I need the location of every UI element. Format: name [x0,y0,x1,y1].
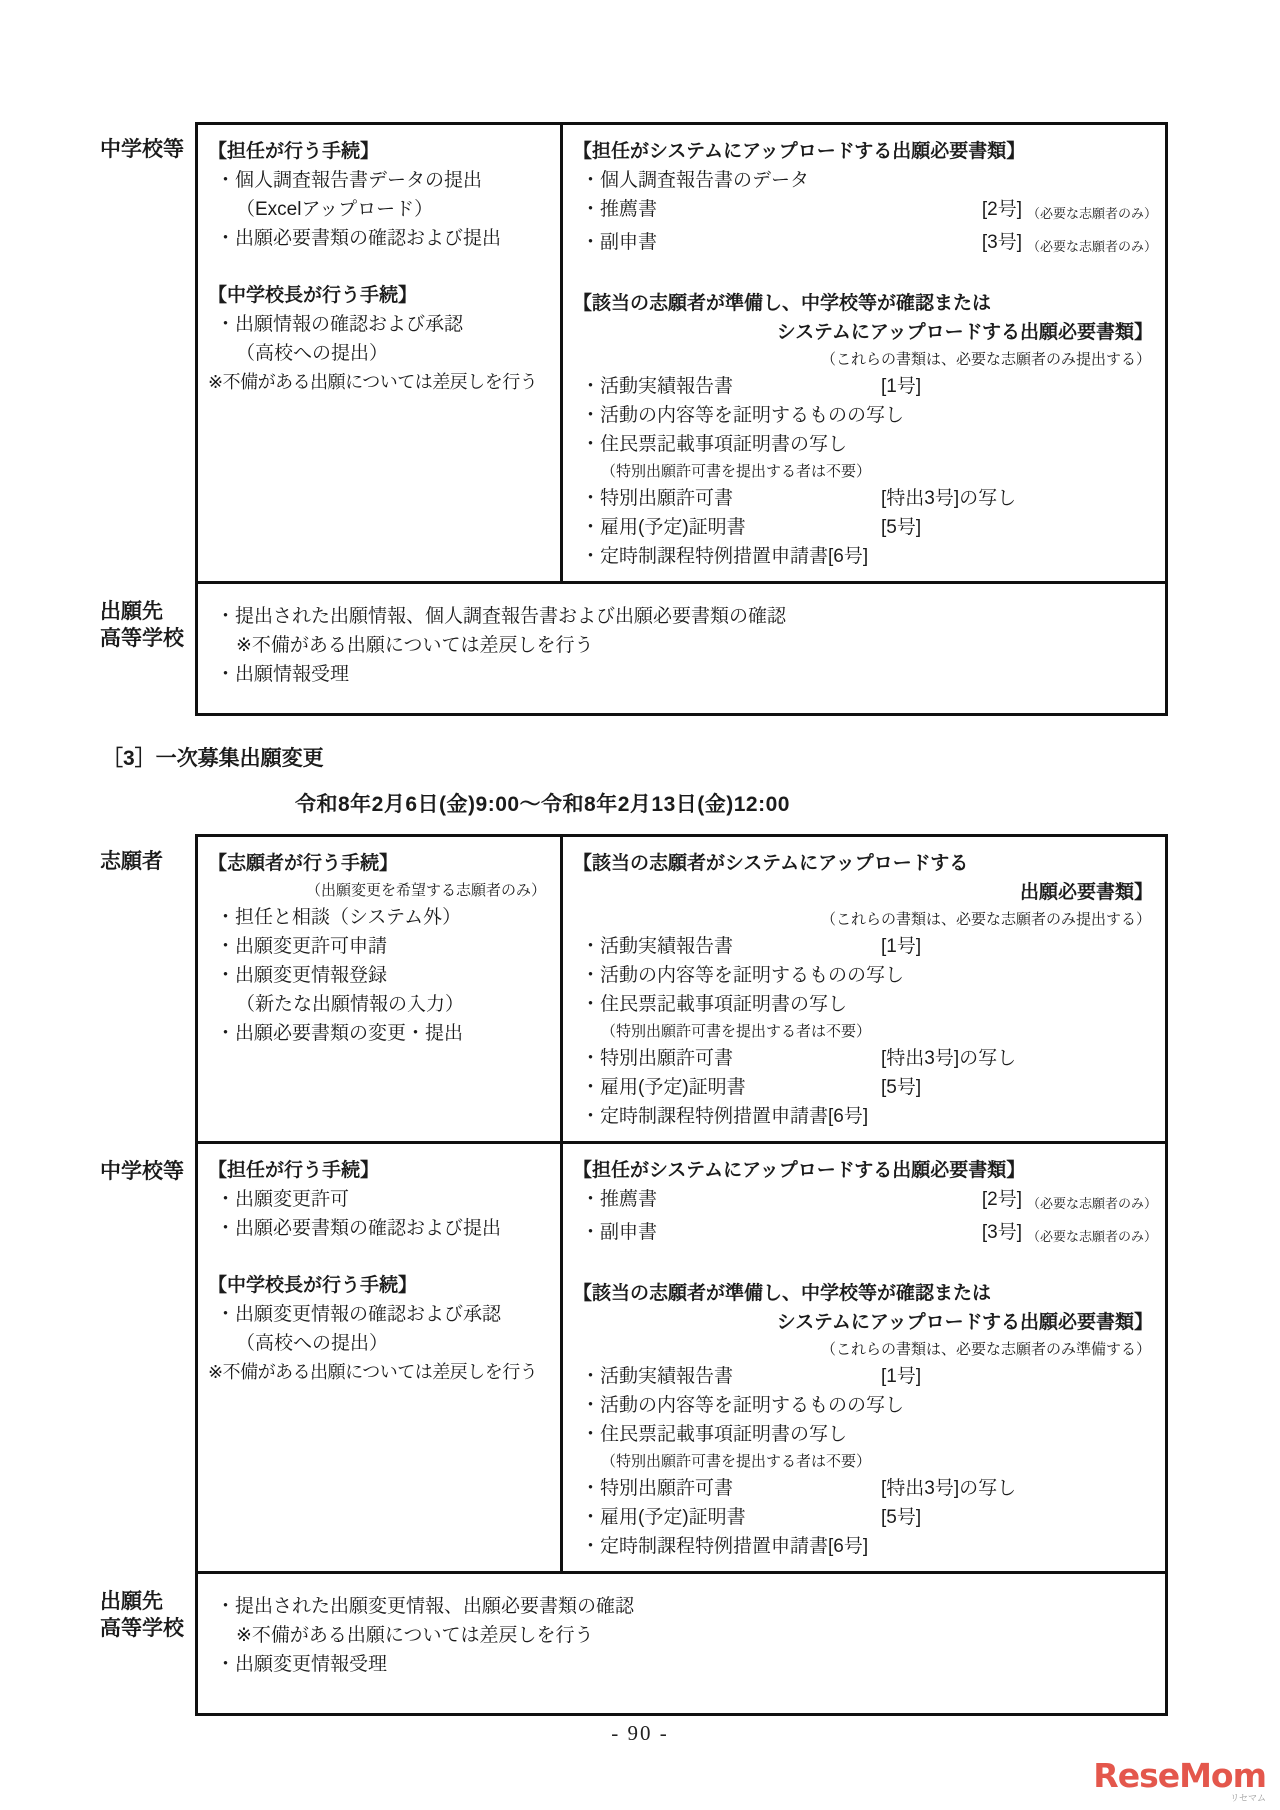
list-item-cont: ※不備がある出願については差戻しを行う [208,1621,1157,1650]
document-name: ・活動実績報告書 [581,372,881,401]
section-heading: ［3］一次募集出願変更 [102,742,1168,772]
spacer [573,261,1157,289]
row-label-line: 高等学校 [100,1615,195,1642]
cell-procedures: 【担任が行う手続】・出願変更許可・出願必要書類の確認および提出【中学校長が行う手… [198,1144,563,1571]
remark-line: ※不備がある出願については差戻しを行う [208,368,552,397]
cell-documents: 【担任がシステムにアップロードする出願必要書類】・個人調査報告書のデータ・推薦書… [563,125,1165,581]
document-name: ・雇用(予定)証明書 [581,1503,881,1532]
document-note: （必要な志願者のみ） [1027,1185,1157,1218]
cell-documents: 【担任がシステムにアップロードする出願必要書類】・推薦書[2号]（必要な志願者の… [563,1144,1165,1571]
procedure-heading-cont: 出願必要書類】 [573,878,1157,907]
form-code: [特出3号]の写し [881,1044,1016,1073]
row-label: 志願者 [100,834,195,1144]
list-item: ・出願変更情報登録 [208,961,552,990]
list-item: ・個人調査報告書データの提出 [208,166,552,195]
list-item: ・出願変更情報の確認および承認 [208,1300,552,1329]
document-row: ・活動実績報告書[1号] [573,932,1157,961]
lower-table-row-applicant: 志願者 【志願者が行う手続】（出願変更を希望する志願者のみ）・担任と相談（システ… [100,834,1168,1144]
document-note: （必要な志願者のみ） [1027,195,1157,228]
table-cells: ・提出された出願情報、個人調査報告書および出願必要書類の確認※不備がある出願につ… [195,584,1168,716]
row-label: 中学校等 [100,1144,195,1574]
list-item-cont: （高校への提出） [208,1329,552,1358]
list-item: ・住民票記載事項証明書の写し [573,1420,1157,1449]
list-item: ・定時制課程特例措置申請書[6号] [573,542,1157,571]
procedure-heading: 【担任が行う手続】 [208,1156,552,1185]
document-content: 中学校等 【担任が行う手続】・個人調査報告書データの提出（Excelアップロード… [100,122,1168,1716]
document-name: ・雇用(予定)証明書 [581,513,881,542]
small-note: （特別出願許可書を提出する者は不要） [573,459,1157,484]
list-item: ・活動の内容等を証明するものの写し [573,961,1157,990]
form-code: [1号] [881,1362,921,1391]
list-item: ・担任と相談（システム外） [208,903,552,932]
document-row: ・特別出願許可書[特出3号]の写し [573,1474,1157,1503]
row-label-line: 志願者 [100,848,195,875]
list-item: ・活動の内容等を証明するものの写し [573,401,1157,430]
list-item-cont: （新たな出願情報の入力） [208,990,552,1019]
table-cells: 【担任が行う手続】・出願変更許可・出願必要書類の確認および提出【中学校長が行う手… [195,1144,1168,1574]
list-item: ・出願変更情報受理 [208,1650,1157,1679]
document-name: ・特別出願許可書 [581,1044,881,1073]
document-name: ・雇用(予定)証明書 [581,1073,881,1102]
list-item: ・出願変更許可 [208,1185,552,1214]
list-item-cont: ※不備がある出願については差戻しを行う [208,631,1157,660]
list-item: ・出願必要書類の確認および提出 [208,224,552,253]
list-item: ・住民票記載事項証明書の写し [573,990,1157,1019]
upper-table-row-destination-high-school: 出願先 高等学校 ・提出された出願情報、個人調査報告書および出願必要書類の確認※… [100,584,1168,716]
procedure-heading: 【中学校長が行う手続】 [208,281,552,310]
procedure-heading: 【志願者が行う手続】 [208,849,552,878]
form-code: [3号] [982,1218,1022,1251]
table-cells: 【担任が行う手続】・個人調査報告書データの提出（Excelアップロード）・出願必… [195,122,1168,584]
table-cells: ・提出された出願変更情報、出願必要書類の確認※不備がある出願については差戻しを行… [195,1574,1168,1716]
list-item-cont: （高校への提出） [208,339,552,368]
spacer [208,1243,552,1271]
cell-documents: 【該当の志願者がシステムにアップロードする出願必要書類】（これらの書類は、必要な… [563,837,1165,1141]
resemom-watermark: ReseMom リセマム [1093,1756,1266,1804]
small-note: （特別出願許可書を提出する者は不要） [573,1449,1157,1474]
procedure-heading-cont: システムにアップロードする出願必要書類】 [573,318,1157,347]
cell-procedures: ・提出された出願変更情報、出願必要書類の確認※不備がある出願については差戻しを行… [198,1574,1165,1713]
procedure-heading: 【該当の志願者がシステムにアップロードする [573,849,1157,878]
list-item: ・定時制課程特例措置申請書[6号] [573,1532,1157,1561]
document-row: ・雇用(予定)証明書[5号] [573,1073,1157,1102]
small-note-right: （これらの書類は、必要な志願者のみ提出する） [573,907,1157,932]
list-item-cont: （Excelアップロード） [208,195,552,224]
spacer [208,253,552,281]
document-name: ・副申書 [581,228,982,261]
document-name: ・推薦書 [581,1185,982,1218]
remark-line: ※不備がある出願については差戻しを行う [208,1358,552,1387]
form-code: [1号] [881,372,921,401]
document-row: ・活動実績報告書[1号] [573,1362,1157,1391]
list-item: ・出願変更許可申請 [208,932,552,961]
procedure-heading-cont: システムにアップロードする出願必要書類】 [573,1308,1157,1337]
section-schedule: 令和8年2月6日(金)9:00～令和8年2月13日(金)12:00 [295,788,1168,818]
spacer [573,1251,1157,1279]
row-label-line: 出願先 [100,1588,195,1615]
list-item: ・出願必要書類の確認および提出 [208,1214,552,1243]
small-note-right: （出願変更を希望する志願者のみ） [208,878,552,903]
lower-table-row-destination-high-school: 出願先 高等学校 ・提出された出願変更情報、出願必要書類の確認※不備がある出願に… [100,1574,1168,1716]
document-row: ・雇用(予定)証明書[5号] [573,1503,1157,1532]
document-row: ・特別出願許可書[特出3号]の写し [573,484,1157,513]
document-row: ・推薦書[2号]（必要な志願者のみ） [573,195,1157,228]
document-row: ・特別出願許可書[特出3号]の写し [573,1044,1157,1073]
document-row: ・雇用(予定)証明書[5号] [573,513,1157,542]
small-note-right: （これらの書類は、必要な志願者のみ準備する） [573,1337,1157,1362]
document-name: ・活動実績報告書 [581,932,881,961]
list-item: ・個人調査報告書のデータ [573,166,1157,195]
row-label: 出願先 高等学校 [100,584,195,716]
document-page: 中学校等 【担任が行う手続】・個人調査報告書データの提出（Excelアップロード… [0,0,1280,1810]
cell-procedures: ・提出された出願情報、個人調査報告書および出願必要書類の確認※不備がある出願につ… [198,584,1165,713]
cell-procedures: 【志願者が行う手続】（出願変更を希望する志願者のみ）・担任と相談（システム外）・… [198,837,563,1141]
form-code: [特出3号]の写し [881,484,1016,513]
document-note: （必要な志願者のみ） [1027,228,1157,261]
cell-procedures: 【担任が行う手続】・個人調査報告書データの提出（Excelアップロード）・出願必… [198,125,563,581]
small-note: （特別出願許可書を提出する者は不要） [573,1019,1157,1044]
row-label-line: 中学校等 [100,1158,195,1185]
list-item: ・出願情報の確認および承認 [208,310,552,339]
procedure-heading: 【中学校長が行う手続】 [208,1271,552,1300]
form-code: [2号] [982,195,1022,228]
upper-table-row-junior-high: 中学校等 【担任が行う手続】・個人調査報告書データの提出（Excelアップロード… [100,122,1168,584]
document-name: ・推薦書 [581,195,982,228]
procedure-heading: 【該当の志願者が準備し、中学校等が確認または [573,289,1157,318]
procedure-heading: 【該当の志願者が準備し、中学校等が確認または [573,1279,1157,1308]
document-name: ・特別出願許可書 [581,484,881,513]
list-item: ・活動の内容等を証明するものの写し [573,1391,1157,1420]
lower-table-row-junior-high: 中学校等 【担任が行う手続】・出願変更許可・出願必要書類の確認および提出【中学校… [100,1144,1168,1574]
row-label-line: 中学校等 [100,136,195,163]
document-row: ・副申書[3号]（必要な志願者のみ） [573,228,1157,261]
list-item: ・提出された出願変更情報、出願必要書類の確認 [208,1592,1157,1621]
row-label: 出願先 高等学校 [100,1574,195,1716]
document-note: （必要な志願者のみ） [1027,1218,1157,1251]
form-code: [3号] [982,228,1022,261]
page-number: - 90 - [0,1721,1280,1746]
row-label: 中学校等 [100,122,195,584]
document-row: ・推薦書[2号]（必要な志願者のみ） [573,1185,1157,1218]
form-code: [5号] [881,1503,921,1532]
list-item: ・定時制課程特例措置申請書[6号] [573,1102,1157,1131]
list-item: ・提出された出願情報、個人調査報告書および出願必要書類の確認 [208,602,1157,631]
document-name: ・副申書 [581,1218,982,1251]
procedure-heading: 【担任がシステムにアップロードする出願必要書類】 [573,1156,1157,1185]
form-code: [特出3号]の写し [881,1474,1016,1503]
form-code: [5号] [881,513,921,542]
document-name: ・特別出願許可書 [581,1474,881,1503]
form-code: [5号] [881,1073,921,1102]
resemom-logo-text: ReseMom [1093,1756,1266,1795]
row-label-line: 出願先 [100,598,195,625]
list-item: ・出願必要書類の変更・提出 [208,1019,552,1048]
document-row: ・活動実績報告書[1号] [573,372,1157,401]
form-code: [2号] [982,1185,1022,1218]
list-item: ・出願情報受理 [208,660,1157,689]
form-code: [1号] [881,932,921,961]
document-name: ・活動実績報告書 [581,1362,881,1391]
small-note-right: （これらの書類は、必要な志願者のみ提出する） [573,347,1157,372]
procedure-heading: 【担任がシステムにアップロードする出願必要書類】 [573,137,1157,166]
list-item: ・住民票記載事項証明書の写し [573,430,1157,459]
document-row: ・副申書[3号]（必要な志願者のみ） [573,1218,1157,1251]
procedure-heading: 【担任が行う手続】 [208,137,552,166]
row-label-line: 高等学校 [100,625,195,652]
table-cells: 【志願者が行う手続】（出願変更を希望する志願者のみ）・担任と相談（システム外）・… [195,834,1168,1144]
